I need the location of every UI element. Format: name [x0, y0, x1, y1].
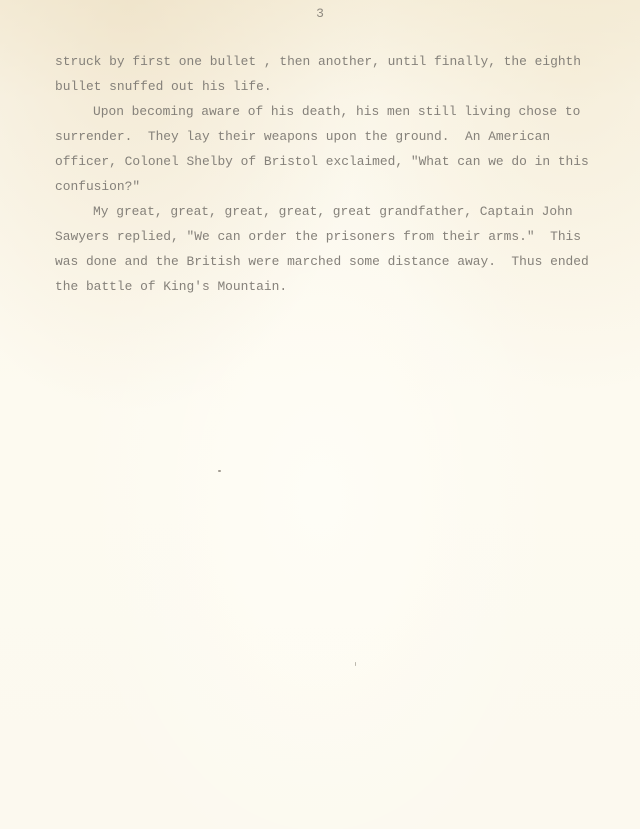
text-line: Upon becoming aware of his death, his me… [55, 99, 615, 124]
page-number: 3 [0, 6, 640, 21]
text-line: the battle of King's Mountain. [55, 274, 615, 299]
text-line: Sawyers replied, "We can order the priso… [55, 224, 615, 249]
text-line: officer, Colonel Shelby of Bristol excla… [55, 149, 615, 174]
paper-speck [218, 470, 221, 472]
paper-speck [355, 662, 356, 666]
document-body: struck by first one bullet , then anothe… [55, 49, 615, 299]
text-line: struck by first one bullet , then anothe… [55, 49, 615, 74]
paragraph-2: Upon becoming aware of his death, his me… [55, 99, 615, 199]
text-line: surrender. They lay their weapons upon t… [55, 124, 615, 149]
paragraph-1: struck by first one bullet , then anothe… [55, 49, 615, 99]
text-line: was done and the British were marched so… [55, 249, 615, 274]
text-line: bullet snuffed out his life. [55, 74, 615, 99]
text-line: confusion?" [55, 174, 615, 199]
paragraph-3: My great, great, great, great, great gra… [55, 199, 615, 299]
text-line: My great, great, great, great, great gra… [55, 199, 615, 224]
